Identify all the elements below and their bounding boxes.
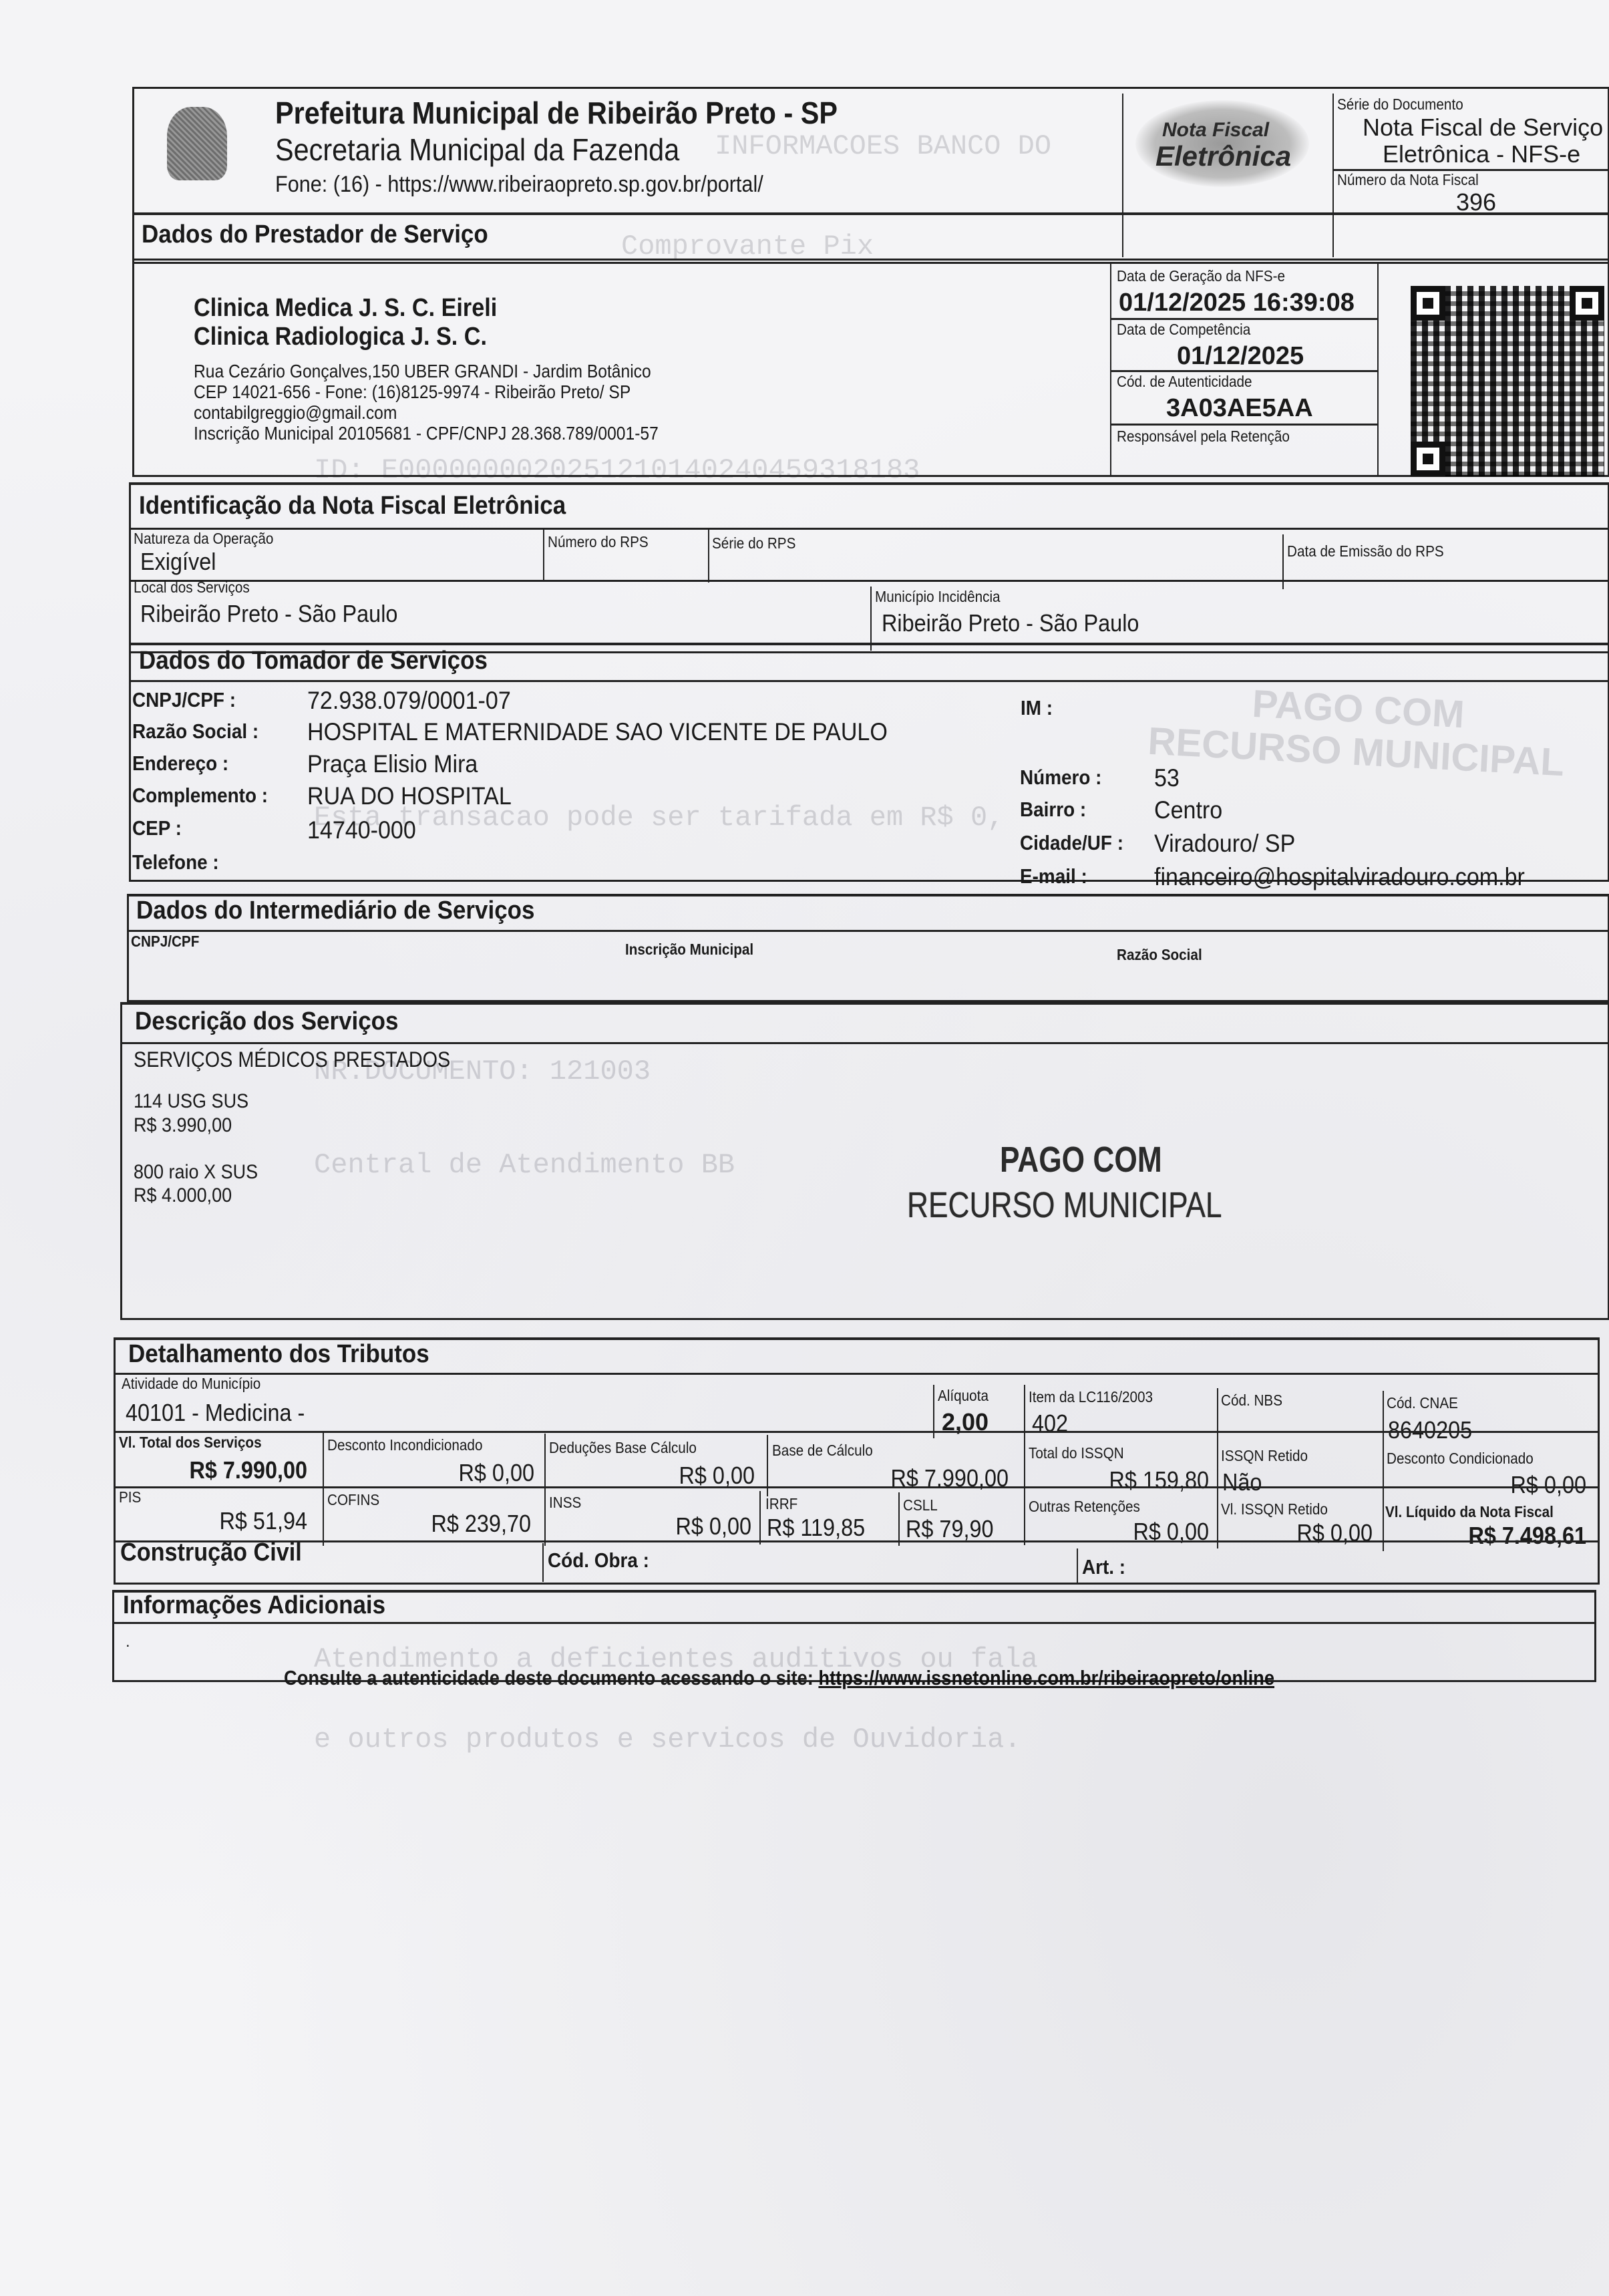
natureza-label: Natureza da Operação xyxy=(134,530,273,548)
tomador-bairro-label: Bairro : xyxy=(1020,798,1086,822)
tomador-razao-label: Razão Social : xyxy=(132,719,258,744)
descricao-heading: SERVIÇOS MÉDICOS PRESTADOS xyxy=(134,1047,450,1072)
tomador-numero-value: 53 xyxy=(1154,764,1180,792)
divider xyxy=(129,580,1609,582)
service-item-value: R$ 4.000,00 xyxy=(134,1184,232,1207)
art-label: Art. : xyxy=(1082,1555,1125,1579)
divider xyxy=(114,1540,1600,1542)
prestador-title: Dados do Prestador de Serviço xyxy=(142,220,488,249)
service-item-name: 114 USG SUS xyxy=(134,1090,248,1113)
divider xyxy=(1110,370,1377,372)
cod-cnae-value: 8640205 xyxy=(1388,1416,1472,1444)
intermediario-inscricao-label: Inscrição Municipal xyxy=(625,941,753,959)
atividade-label: Atividade do Município xyxy=(122,1375,260,1393)
descricao-title: Descrição dos Serviços xyxy=(135,1007,398,1036)
deducoes-value: R$ 0,00 xyxy=(574,1462,755,1490)
tomador-razao-value: HOSPITAL E MATERNIDADE SAO VICENTE DE PA… xyxy=(307,718,888,746)
divider xyxy=(898,1492,900,1546)
desconto-condicionado-label: Desconto Condicionado xyxy=(1387,1450,1534,1468)
tomador-cidade-value: Viradouro/ SP xyxy=(1154,830,1295,858)
divider xyxy=(114,1431,1600,1433)
data-geracao-value: 01/12/2025 16:39:08 xyxy=(1119,289,1355,317)
local-servicos-value: Ribeirão Preto - São Paulo xyxy=(140,600,397,628)
pis-label: PIS xyxy=(119,1488,141,1506)
data-competencia-value: 01/12/2025 xyxy=(1177,342,1304,371)
service-item-value: R$ 3.990,00 xyxy=(134,1114,232,1137)
data-emissao-rps-label: Data de Emissão do RPS xyxy=(1287,542,1444,560)
tributos-title: Detalhamento dos Tributos xyxy=(128,1340,429,1369)
municipio-incidencia-value: Ribeirão Preto - São Paulo xyxy=(882,609,1139,637)
bleed-through-text: e outros produtos e servicos de Ouvidori… xyxy=(314,1724,1021,1756)
construcao-civil-label: Construção Civil xyxy=(120,1538,302,1567)
csll-label: CSLL xyxy=(903,1496,938,1514)
service-item-name: 800 raio X SUS xyxy=(134,1161,258,1184)
tomador-bairro-value: Centro xyxy=(1154,796,1222,824)
vl-issqn-retido-label: Vl. ISSQN Retido xyxy=(1221,1500,1328,1518)
divider xyxy=(129,680,1609,682)
item-lc-label: Item da LC116/2003 xyxy=(1029,1388,1153,1406)
csll-value: R$ 79,90 xyxy=(906,1515,993,1543)
tomador-complemento-value: RUA DO HOSPITAL xyxy=(307,782,512,810)
header-subtitle: Secretaria Municipal da Fazenda xyxy=(275,132,679,168)
cod-autenticidade-value: 3A03AE5AA xyxy=(1166,394,1313,423)
serie-value-line1: Nota Fiscal de Serviço xyxy=(1363,114,1603,142)
natureza-value: Exigível xyxy=(140,548,216,576)
serie-rps-label: Série do RPS xyxy=(712,534,795,552)
issqn-retido-value: Não xyxy=(1222,1468,1262,1496)
divider xyxy=(543,529,544,581)
irrf-value: R$ 119,85 xyxy=(767,1514,865,1542)
divider xyxy=(127,930,1609,932)
paid-stamp-line2: RECURSO MUNICIPAL xyxy=(907,1184,1222,1226)
deducoes-label: Deduções Base Cálculo xyxy=(549,1439,697,1457)
tomador-cep-value: 14740-000 xyxy=(307,816,416,844)
inss-label: INSS xyxy=(549,1494,581,1512)
issqn-retido-label: ISSQN Retido xyxy=(1221,1447,1308,1465)
divider xyxy=(112,1622,1596,1624)
tomador-cep-label: CEP : xyxy=(132,816,182,840)
vl-issqn-retido-value: R$ 0,00 xyxy=(1238,1519,1373,1547)
inss-value: R$ 0,00 xyxy=(574,1512,752,1540)
tomador-im-label: IM : xyxy=(1021,696,1053,720)
total-servicos-value: R$ 7.990,00 xyxy=(145,1456,307,1484)
atividade-value: 40101 - Medicina - xyxy=(126,1399,305,1427)
divider xyxy=(708,529,709,583)
outras-retencoes-label: Outras Retenções xyxy=(1029,1498,1140,1516)
divider xyxy=(870,587,872,651)
tomador-numero-label: Número : xyxy=(1020,766,1101,790)
local-servicos-label: Local dos Serviços xyxy=(134,579,250,597)
tomador-email-label: E-mail : xyxy=(1020,864,1087,888)
qr-code[interactable] xyxy=(1411,286,1604,476)
cofins-value: R$ 239,70 xyxy=(348,1510,532,1538)
desconto-condicionado-value: R$ 0,00 xyxy=(1409,1471,1587,1499)
header-contact: Fone: (16) - https://www.ribeiraopreto.s… xyxy=(275,172,763,198)
item-lc-value: 402 xyxy=(1032,1410,1068,1438)
data-competencia-label: Data de Competência xyxy=(1117,321,1250,339)
serie-value-line2: Eletrônica - NFS-e xyxy=(1383,140,1580,168)
divider xyxy=(114,1373,1600,1375)
tomador-endereco-value: Praça Elisio Mira xyxy=(307,750,478,778)
divider xyxy=(933,1385,934,1438)
intermediario-cnpj-label: CNPJ/CPF xyxy=(131,933,199,951)
cod-nbs-label: Cód. NBS xyxy=(1221,1391,1282,1410)
divider xyxy=(1077,1548,1078,1585)
divider xyxy=(759,1491,761,1544)
vl-liquido-value: R$ 7.498,61 xyxy=(1409,1522,1587,1550)
footer-text: Consulte a autenticidade deste documento… xyxy=(284,1666,814,1689)
divider xyxy=(1383,1391,1384,1551)
data-geracao-label: Data de Geração da NFS-e xyxy=(1117,267,1285,285)
coat-of-arms-icon xyxy=(167,107,227,180)
prestador-cep-fone: CEP 14021-656 - Fone: (16)8125-9974 - Ri… xyxy=(194,381,631,403)
divider xyxy=(129,528,1609,530)
desconto-incondicionado-value: R$ 0,00 xyxy=(354,1459,534,1487)
cod-autenticidade-label: Cód. de Autenticidade xyxy=(1117,373,1252,391)
tomador-endereco-label: Endereço : xyxy=(132,752,228,776)
prestador-inscricao: Inscrição Municipal 20105681 - CPF/CNPJ … xyxy=(194,423,659,444)
adicionais-text: . xyxy=(126,1633,130,1651)
divider xyxy=(542,1543,544,1582)
cod-obra-label: Cód. Obra : xyxy=(548,1548,649,1573)
footer-verify: Consulte a autenticidade deste documento… xyxy=(284,1666,1274,1690)
prestador-address: Rua Cezário Gonçalves,150 UBER GRANDI - … xyxy=(194,361,651,382)
tomador-title: Dados do Tomador de Serviços xyxy=(139,647,488,675)
cofins-label: COFINS xyxy=(327,1491,379,1509)
adicionais-title: Informações Adicionais xyxy=(123,1591,385,1620)
tomador-cidade-label: Cidade/UF : xyxy=(1020,831,1123,855)
aliquota-label: Alíquota xyxy=(938,1387,989,1405)
tomador-complemento-label: Complemento : xyxy=(132,784,268,808)
desconto-incondicionado-label: Desconto Incondicionado xyxy=(327,1436,482,1454)
divider xyxy=(1377,264,1379,476)
total-servicos-label: Vl. Total dos Serviços xyxy=(119,1434,262,1452)
divider xyxy=(1217,1388,1218,1548)
prestador-name-2: Clinica Radiologica J. S. C. xyxy=(194,323,487,351)
irrf-label: IRRF xyxy=(765,1495,797,1513)
paid-stamp-line1: PAGO COM xyxy=(1000,1139,1162,1180)
pis-value: R$ 51,94 xyxy=(145,1507,307,1535)
divider xyxy=(323,1432,324,1546)
numero-rps-label: Número do RPS xyxy=(548,533,649,551)
vl-liquido-label: Vl. Líquido da Nota Fiscal xyxy=(1385,1503,1554,1521)
tomador-cnpj-value: 72.938.079/0001-07 xyxy=(307,687,511,715)
divider xyxy=(1024,1385,1025,1545)
identificacao-title: Identificação da Nota Fiscal Eletrônica xyxy=(139,492,566,520)
cod-cnae-label: Cód. CNAE xyxy=(1387,1394,1458,1412)
divider xyxy=(1110,318,1377,320)
nfe-logo-icon: Nota Fiscal Eletrônica xyxy=(1135,100,1309,187)
header-title: Prefeitura Municipal de Ribeirão Preto -… xyxy=(275,95,838,131)
total-issqn-value: R$ 159,80 xyxy=(1035,1466,1209,1494)
intermediario-razao-label: Razão Social xyxy=(1117,946,1202,964)
divider xyxy=(120,1042,1609,1044)
base-calculo-label: Base de Cálculo xyxy=(772,1442,873,1460)
intermediario-title: Dados do Intermediário de Serviços xyxy=(136,896,534,925)
tomador-cnpj-label: CNPJ/CPF : xyxy=(132,688,236,712)
tomador-email-value: financeiro@hospitalviradouro.com.br xyxy=(1154,863,1525,891)
divider xyxy=(544,1434,546,1546)
prestador-email: contabilgreggio@gmail.com xyxy=(194,402,397,424)
verify-link[interactable]: https://www.issnetonline.com.br/ribeirao… xyxy=(818,1666,1274,1689)
tomador-telefone-label: Telefone : xyxy=(132,850,219,874)
divider xyxy=(132,262,1609,264)
municipio-incidencia-label: Município Incidência xyxy=(875,588,1001,606)
responsavel-retencao-label: Responsável pela Retenção xyxy=(1117,428,1290,446)
prestador-name-1: Clinica Medica J. S. C. Eireli xyxy=(194,294,497,323)
divider xyxy=(114,1486,1600,1488)
total-issqn-label: Total do ISSQN xyxy=(1029,1444,1124,1462)
serie-label: Série do Documento xyxy=(1337,96,1463,114)
divider xyxy=(1110,424,1377,426)
numero-nota-label: Número da Nota Fiscal xyxy=(1337,171,1479,189)
